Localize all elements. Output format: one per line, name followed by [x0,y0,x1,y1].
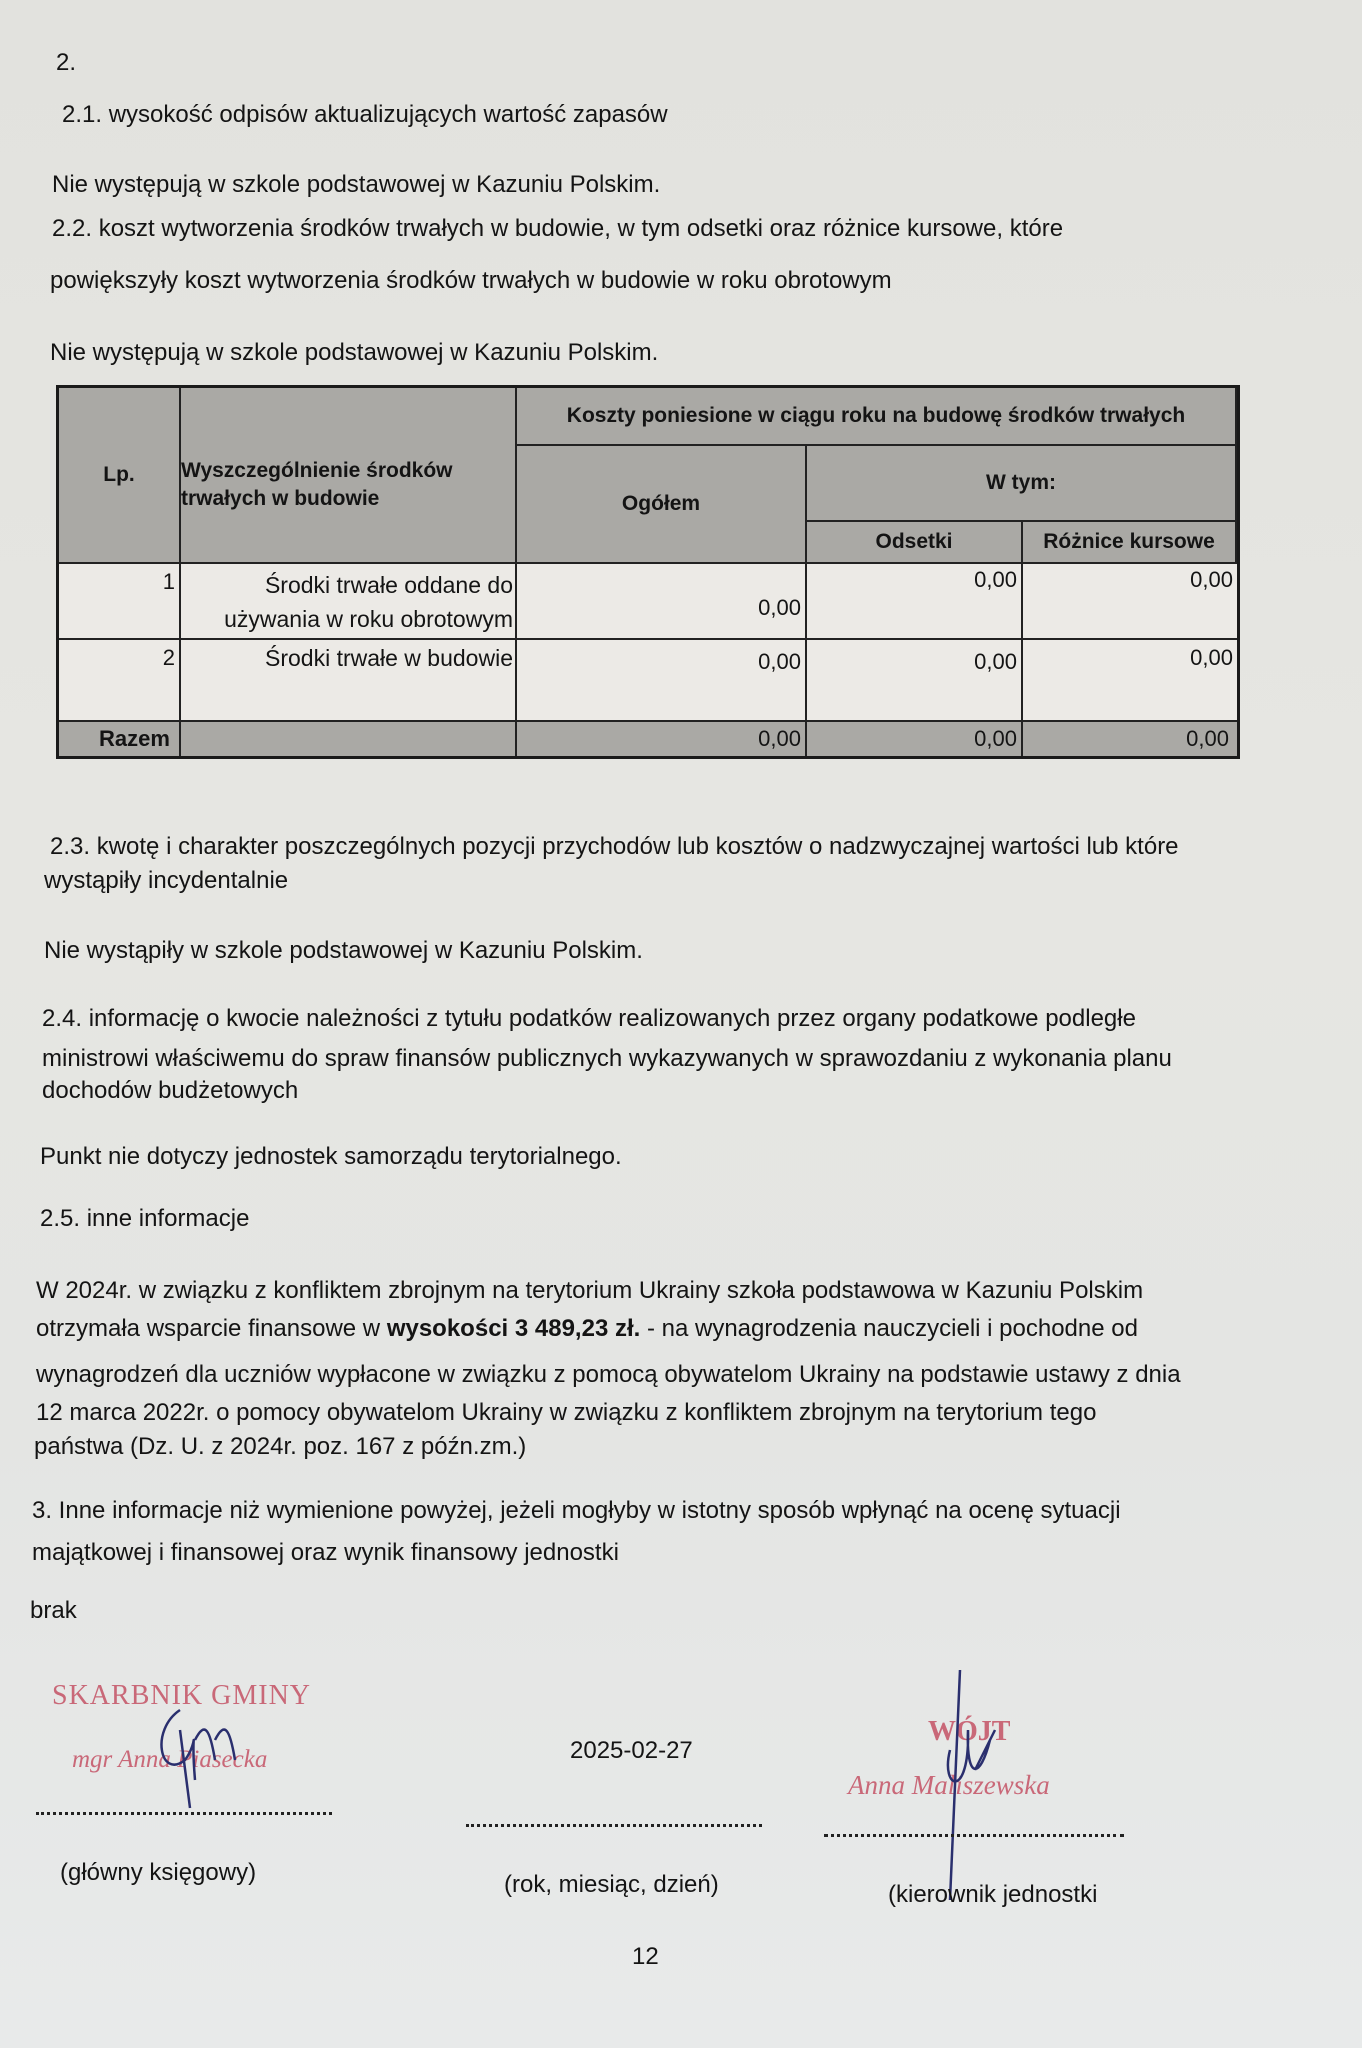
left-caption: (główny księgowy) [60,1858,256,1888]
sum-name-empty [181,722,517,756]
header-total: Ogółem [517,446,807,564]
header-interest: Odsetki [807,522,1023,564]
answer-2-1: Nie występują w szkole podstawowej w Kaz… [52,170,660,200]
heading-2-4-line3: dochodów budżetowych [42,1076,298,1106]
heading-2-3-line2: wystąpiły incydentalnie [44,866,288,896]
construction-costs-table: Lp. Wyszczególnienie środków trwałych w … [56,385,1240,759]
row2-name: Środki trwałe w budowie [181,640,517,722]
heading-2-5: 2.5. inne informacje [40,1204,249,1234]
sum-total: 0,00 [517,722,807,756]
header-name: Wyszczególnienie środków trwałych w budo… [181,388,517,564]
date-line [466,1824,762,1827]
answer-2-4: Punkt nie dotyczy jednostek samorządu te… [40,1142,622,1172]
header-fx: Różnice kursowe [1023,522,1237,564]
left-signature-line [36,1812,332,1815]
right-signature-icon [920,1670,1020,1910]
right-caption: (kierownik jednostki [888,1880,1097,1910]
support-amount: wysokości 3 489,23 zł. [387,1315,641,1342]
answer-3: brak [30,1596,77,1626]
row2-fx: 0,00 [1023,640,1237,722]
info-2-5-line4: 12 marca 2022r. o pomocy obywatelom Ukra… [36,1398,1096,1428]
header-lp: Lp. [59,388,181,564]
row1-total: 0,00 [517,564,807,640]
answer-2-3: Nie wystąpiły w szkole podstawowej w Kaz… [44,936,643,966]
header-of-which: W tym: [807,446,1237,522]
row1-name: Środki trwałe oddane do używania w roku … [181,564,517,640]
heading-2-4-line2: ministrowi właściwemu do spraw finansów … [42,1044,1172,1074]
info-2-5-line3: wynagrodzeń dla uczniów wypłacone w zwią… [36,1360,1181,1390]
heading-2-2-line1: 2.2. koszt wytworzenia środków trwałych … [52,214,1063,244]
heading-3-line2: majątkowej i finansowej oraz wynik finan… [32,1538,619,1568]
header-costs-group: Koszty poniesione w ciągu roku na budowę… [517,388,1237,446]
sum-fx: 0,00 [1023,722,1237,756]
page-number: 12 [632,1942,659,1972]
row1-lp: 1 [59,564,181,640]
date-caption: (rok, miesiąc, dzień) [504,1870,719,1900]
answer-2-2: Nie występują w szkole podstawowej w Kaz… [50,338,658,368]
heading-2-2-line2: powiększyły koszt wytworzenia środków tr… [50,266,892,296]
sum-label: Razem [59,722,181,756]
info-2-5-line1: W 2024r. w związku z konfliktem zbrojnym… [36,1276,1143,1306]
row2-total: 0,00 [517,640,807,722]
heading-3-line1: 3. Inne informacje niż wymienione powyże… [32,1496,1121,1526]
section-number: 2. [56,48,76,78]
heading-2-1: 2.1. wysokość odpisów aktualizujących wa… [62,100,668,130]
row2-interest: 0,00 [807,640,1023,722]
info-2-5-line5: państwa (Dz. U. z 2024r. poz. 167 z późn… [34,1432,526,1462]
info-2-5-line2: otrzymała wsparcie finansowe w wysokości… [36,1314,1138,1344]
heading-2-3-line1: 2.3. kwotę i charakter poszczególnych po… [50,832,1179,862]
row1-interest: 0,00 [807,564,1023,640]
heading-2-4-line1: 2.4. informację o kwocie należności z ty… [42,1004,1136,1034]
right-signature-line [824,1834,1124,1837]
row2-lp: 2 [59,640,181,722]
sum-interest: 0,00 [807,722,1023,756]
row1-fx: 0,00 [1023,564,1237,640]
left-signature-icon [140,1690,260,1810]
signing-date: 2025-02-27 [570,1736,693,1766]
